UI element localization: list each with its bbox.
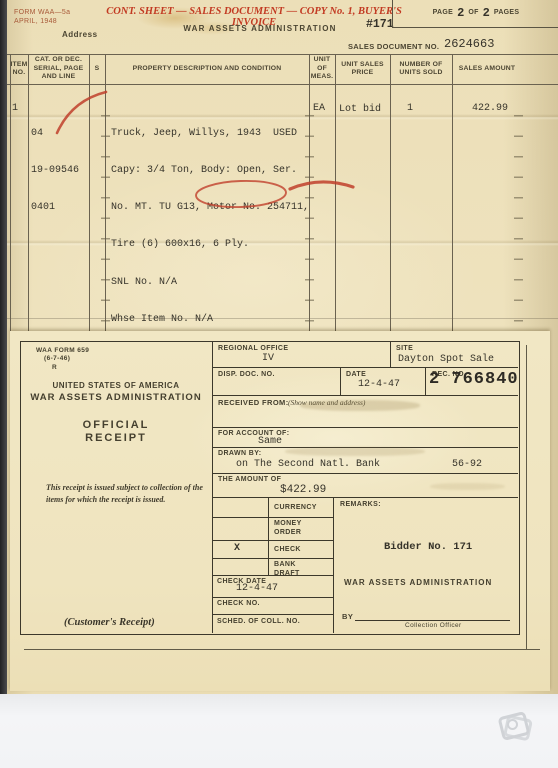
- col-header-units-sold: NUMBER OF UNITS SOLD: [390, 55, 452, 83]
- receipt-rule: [340, 367, 341, 395]
- check-date-value: 12-4-47: [236, 583, 278, 595]
- receipt-form-line: R: [36, 364, 89, 372]
- receipt-rule: [212, 614, 333, 615]
- site-value: Dayton Spot Sale: [398, 354, 494, 366]
- bank-code-value: 56-92: [452, 459, 482, 471]
- receipt-title-line2: RECEIPT: [20, 431, 212, 445]
- remarks-label: REMARKS:: [340, 500, 381, 509]
- collection-officer-label: Collection Officer: [405, 622, 462, 630]
- drawn-by-value: on The Second Natl. Bank: [236, 459, 380, 471]
- receipt-conditions-note: This receipt is issued subject to collec…: [46, 482, 208, 505]
- receipt-outer-rule: [526, 345, 527, 649]
- receipt-rule: [212, 497, 518, 498]
- receipt-rule: [425, 367, 426, 395]
- check-no-label: CHECK NO.: [217, 599, 260, 608]
- col-header-unit-meas: UNIT OF MEAS.: [309, 55, 335, 83]
- receipt-rule: [212, 367, 518, 368]
- amount-value: $422.99: [280, 484, 326, 496]
- form-id-line2: APRIL, 1948: [14, 18, 70, 27]
- receipt-rule: [212, 517, 333, 518]
- receipt-rule: [333, 497, 334, 633]
- disp-doc-label: DISP. DOC. NO.: [218, 370, 275, 379]
- erased-text-smudge: [285, 447, 425, 456]
- watermark-shape: [507, 719, 518, 730]
- regional-office-label: REGIONAL OFFICE: [218, 344, 288, 353]
- col-header-sales-amount: SALES AMOUNT: [452, 55, 522, 83]
- drawn-by-label: DRAWN BY:: [218, 449, 262, 458]
- scanned-invoice-photo: FORM WAA—5a APRIL, 1948 CONT. SHEET — SA…: [0, 0, 558, 768]
- receipt-rule: [212, 597, 333, 598]
- by-label: BY: [342, 612, 353, 622]
- form-id: FORM WAA—5a APRIL, 1948: [14, 9, 70, 27]
- receipt-rule: [212, 341, 213, 633]
- sched-of-coll-label: SCHED. OF COLL. NO.: [217, 617, 300, 626]
- receipt-rule: [212, 473, 518, 474]
- col-header-cat-serial: CAT. OR DEC. SERIAL, PAGE AND LINE: [28, 55, 89, 83]
- watermark-camera-icon: [498, 712, 528, 738]
- page-count-box: PAGE 2 OF 2 PAGES: [392, 0, 558, 28]
- receipt-rule: [212, 427, 518, 428]
- received-from-label: RECEIVED FROM:: [218, 398, 289, 408]
- payment-money-order-label: MONEY ORDER: [274, 519, 310, 537]
- receipt-form-line: WAA FORM 659: [36, 347, 89, 355]
- receipt-rule: [268, 497, 269, 575]
- description-line: Tire (6) 600x16, 6 Ply.: [111, 239, 309, 251]
- payment-bank-draft-label: BANK DRAFT: [274, 560, 310, 578]
- for-account-value: Same: [258, 436, 282, 448]
- sales-doc-label: SALES DOCUMENT NO.: [348, 42, 439, 51]
- site-label: SITE: [396, 344, 413, 353]
- bidder-number-mark: #171: [366, 19, 394, 31]
- page-label: PAGE: [433, 9, 454, 18]
- receipt-form-line: (6-7-46): [36, 355, 89, 363]
- red-pen-marks: [0, 85, 558, 225]
- check-x-mark: X: [234, 543, 240, 555]
- date-value: 12-4-47: [358, 379, 400, 391]
- address-label: Address: [62, 30, 98, 40]
- erased-text-smudge: [300, 400, 420, 411]
- remarks-org: WAR ASSETS ADMINISTRATION: [344, 578, 492, 588]
- page-total: 2: [483, 7, 490, 19]
- payment-currency-label: CURRENCY: [274, 503, 330, 512]
- date-label: DATE: [346, 370, 366, 379]
- sales-doc-number: 2624663: [444, 38, 494, 50]
- page-current: 2: [457, 7, 464, 19]
- receipt-rule: [212, 395, 518, 396]
- regional-office-value: IV: [262, 353, 274, 365]
- receipt-rule: [390, 341, 391, 367]
- photo-background: [0, 694, 558, 768]
- description-line: SNL No. N/A: [111, 277, 309, 289]
- rec-no-value: 2 766840: [429, 374, 519, 386]
- amount-label: THE AMOUNT OF: [218, 475, 281, 484]
- page-of-label: OF: [468, 9, 478, 18]
- receipt-rule: [212, 540, 333, 541]
- col-header-item-no: ITEM NO.: [10, 55, 28, 83]
- receipt-form-id: WAA FORM 659 (6-7-46) R: [36, 347, 89, 372]
- col-header-description: PROPERTY DESCRIPTION AND CONDITION: [105, 55, 309, 83]
- form-id-line1: FORM WAA—5a: [14, 9, 70, 18]
- receipt-outer-rule: [24, 649, 540, 650]
- payment-check-label: CHECK: [274, 545, 330, 554]
- remarks-value: Bidder No. 171: [384, 541, 472, 553]
- description-line: Whse Item No. N/A: [111, 314, 309, 326]
- col-header-s: S: [89, 55, 105, 83]
- receipt-org-line2: WAR ASSETS ADMINISTRATION: [20, 392, 212, 404]
- receipt-rule: [212, 558, 333, 559]
- pages-label: PAGES: [494, 9, 520, 18]
- agency-name: WAR ASSETS ADMINISTRATION: [150, 24, 370, 34]
- signature-line: [355, 620, 510, 621]
- col-header-unit-price: UNIT SALES PRICE: [335, 55, 390, 83]
- customer-receipt-label: (Customer's Receipt): [64, 617, 155, 628]
- receipt-rule: [212, 575, 333, 576]
- receipt-org-line1: UNITED STATES OF AMERICA: [20, 381, 212, 391]
- erased-text-smudge: [430, 483, 505, 490]
